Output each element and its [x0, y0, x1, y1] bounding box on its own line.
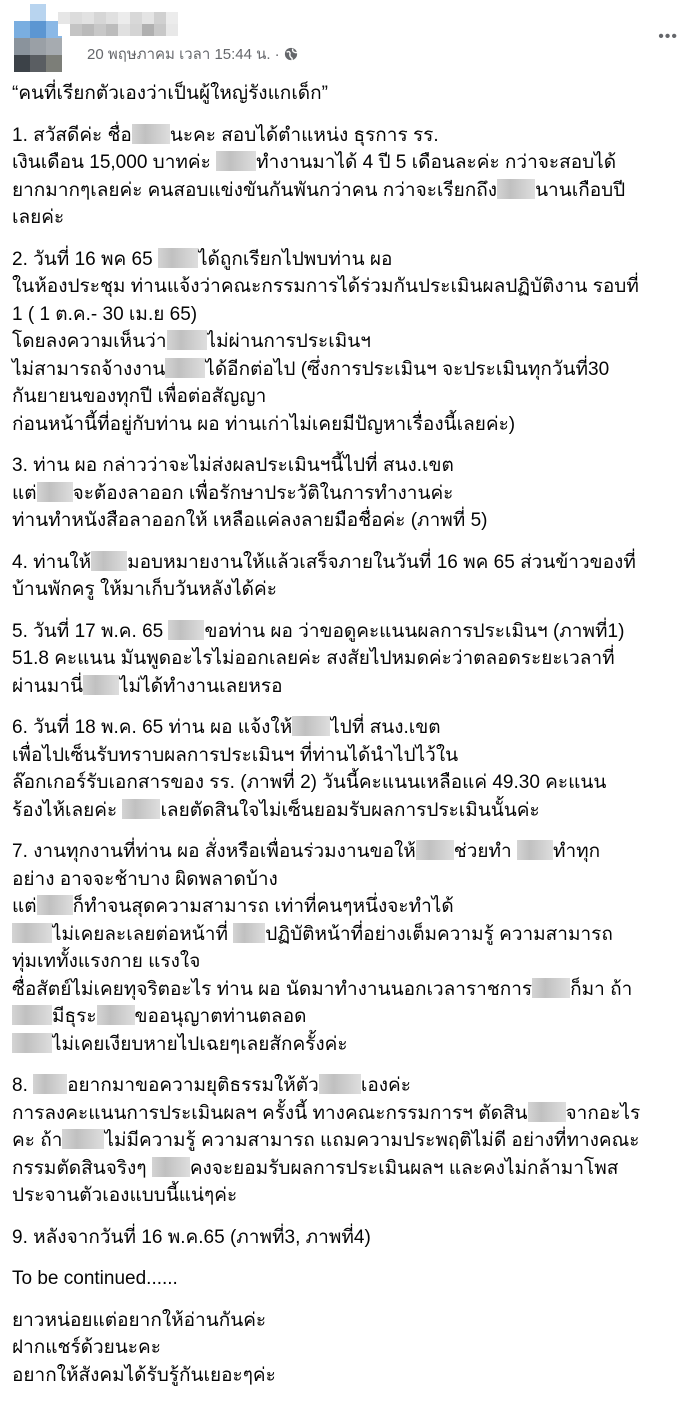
text-segment: นะคะ สอบได้ตำแหน่ง ธุรการ รร.	[170, 125, 439, 146]
text-line: กรรมตัดสินจริงๆ คงจะยอมรับผลการประเมินผล…	[12, 1155, 688, 1183]
text-segment: คะ ถ้า	[12, 1130, 62, 1151]
text-line: 1. สวัสดีค่ะ ชื่อนะคะ สอบได้ตำแหน่ง ธุรก…	[12, 122, 688, 150]
redacted-name-blur	[216, 151, 256, 171]
redacted-name-blur	[83, 675, 119, 695]
text-line: ในห้องประชุม ท่านแจ้งว่าคณะกรรมการได้ร่ว…	[12, 273, 688, 301]
text-segment: ไม่มีความรู้ ความสามารถ แถมความประพฤติไม…	[104, 1130, 639, 1151]
redacted-name-blur	[233, 923, 265, 943]
text-segment: ไปที่ สนง.เขต	[330, 717, 440, 738]
name-blur-pixel	[58, 12, 70, 24]
text-line: 2. วันที่ 16 พค 65 ได้ถูกเรียกไปพบท่าน ผ…	[12, 246, 688, 274]
name-blur-pixel	[82, 24, 94, 36]
text-line: 3. ท่าน ผอ กล่าวว่าจะไม่ส่งผลประเมินฯนี้…	[12, 452, 688, 480]
redacted-name-blur	[165, 358, 205, 378]
redacted-name-blur	[12, 923, 52, 943]
text-segment: 8.	[12, 1075, 33, 1096]
redacted-name-blur	[152, 1157, 190, 1177]
text-line: ซื่อสัตย์ไม่เคยทุจริตอะไร ท่าน ผอ นัดมาท…	[12, 976, 688, 1004]
text-segment: ไม่สามารถจ้างงาน	[12, 359, 165, 380]
text-line: แต่ก็ทำจนสุดความสามารถ เท่าที่คนๆหนึ่งจะ…	[12, 893, 688, 921]
text-segment: ขออนุญาตท่านตลอด	[135, 1006, 307, 1027]
text-segment: 6. วันที่ 18 พ.ค. 65 ท่าน ผอ แจ้งให้	[12, 717, 292, 738]
text-segment: เองค่ะ	[361, 1075, 411, 1096]
text-segment: แต่	[12, 483, 37, 504]
text-segment: ไม่เคยเงียบหายไปเฉยๆเลยสักครั้งค่ะ	[52, 1034, 348, 1055]
name-blur-pixel	[130, 12, 142, 24]
text-segment: ก็ทำจนสุดความสามารถ เท่าที่คนๆหนึ่งจะทำไ…	[73, 896, 454, 917]
redacted-name-blur	[12, 1005, 52, 1025]
text-line: กันยายนของทุกปี เพื่อต่อสัญญา	[12, 383, 688, 411]
text-segment: มอบหมายงานให้แล้วเสร็จภายในวันที่ 16 พค …	[127, 552, 636, 573]
avatar-pixel	[14, 21, 30, 38]
paragraph-3: 3. ท่าน ผอ กล่าวว่าจะไม่ส่งผลประเมินฯนี้…	[12, 452, 688, 535]
redacted-name-blur	[497, 179, 535, 199]
name-blur-pixel	[94, 24, 106, 36]
text-segment: ช่วยทำ	[454, 841, 517, 862]
author-name[interactable]	[58, 12, 178, 36]
text-line: แต่จะต้องลาออก เพื่อรักษาประวัติในการทำง…	[12, 480, 688, 508]
redacted-name-blur	[97, 1005, 135, 1025]
post-title: “คนที่เรียกตัวเองว่าเป็นผู้ใหญ่รังแกเด็ก…	[12, 80, 688, 108]
redacted-name-blur	[168, 620, 204, 640]
text-line: ประจานตัวเองแบบนี้แน่ๆค่ะ	[12, 1182, 688, 1210]
name-blur-pixel	[166, 24, 178, 36]
text-line: การลงคะแนนการประเมินผลฯ ครั้งนี้ ทางคณะก…	[12, 1100, 688, 1128]
text-segment: 4. ท่านให้	[12, 552, 91, 573]
text-line: อย่าง อาจจะช้าบาง ผิดพลาดบ้าง	[12, 866, 688, 894]
text-segment: เงินเดือน 15,000 บาทค่ะ	[12, 152, 216, 173]
redacted-name-blur	[37, 895, 73, 915]
name-blur-pixel	[106, 12, 118, 24]
redacted-name-blur	[528, 1102, 566, 1122]
text-segment: ไม่ได้ทำงานเลยหรอ	[119, 676, 283, 697]
text-line: ก่อนหน้านี้ที่อยู่กับท่าน ผอ ท่านเก่าไม่…	[12, 411, 688, 439]
text-segment: จะต้องลาออก เพื่อรักษาประวัติในการทำงานค…	[73, 483, 454, 504]
avatar-pixel	[30, 38, 46, 55]
text-line: โดยลงความเห็นว่าไม่ผ่านการประเมินฯ	[12, 328, 688, 356]
text-segment: ก็มา ถ้า	[570, 979, 632, 1000]
text-line: เงินเดือน 15,000 บาทค่ะ ทำงานมาได้ 4 ปี …	[12, 149, 688, 177]
redacted-name-blur	[517, 840, 553, 860]
name-blur-pixel	[142, 12, 154, 24]
redacted-name-blur	[292, 716, 330, 736]
redacted-name-blur	[91, 551, 127, 571]
name-blur-pixel	[94, 12, 106, 24]
name-blur-pixel	[118, 24, 130, 36]
name-blur-pixel	[154, 12, 166, 24]
redacted-name-blur	[158, 248, 198, 268]
avatar-pixel	[14, 38, 30, 55]
text-segment: ยากมากๆเลยค่ะ คนสอบแข่งขันกันพันกว่าคน ก…	[12, 180, 497, 201]
redacted-name-blur	[37, 482, 73, 502]
paragraph-4: 4. ท่านให้มอบหมายงานให้แล้วเสร็จภายในวัน…	[12, 549, 688, 604]
text-segment: ทำทุก	[553, 841, 600, 862]
name-blur-pixel	[70, 12, 82, 24]
text-segment: โดยลงความเห็นว่า	[12, 331, 167, 352]
name-blur-pixel	[70, 24, 82, 36]
name-blur-pixel	[142, 24, 154, 36]
text-segment: ขอท่าน ผอ ว่าขอดูคะแนนผลการประเมินฯ (ภาพ…	[204, 621, 624, 642]
text-line: 4. ท่านให้มอบหมายงานให้แล้วเสร็จภายในวัน…	[12, 549, 688, 577]
text-segment: ร้องไห้เลยค่ะ	[12, 800, 122, 821]
redacted-name-blur	[532, 978, 570, 998]
text-segment: เลยตัดสินใจไม่เซ็นยอมรับผลการประเมินนั้น…	[160, 800, 539, 821]
paragraph-8: 8. อยากมาขอความยุติธรรมให้ตัวเองค่ะ การล…	[12, 1072, 688, 1210]
text-line: คะ ถ้าไม่มีความรู้ ความสามารถ แถมความประ…	[12, 1127, 688, 1155]
text-line: ยากมากๆเลยค่ะ คนสอบแข่งขันกันพันกว่าคน ก…	[12, 177, 688, 205]
text-segment: การลงคะแนนการประเมินผลฯ ครั้งนี้ ทางคณะก…	[12, 1103, 528, 1124]
text-line: ล๊อกเกอร์รับเอกสารของ รร. (ภาพที่ 2) วัน…	[12, 769, 688, 797]
text-segment: 1. สวัสดีค่ะ ชื่อ	[12, 125, 132, 146]
paragraph-6: 6. วันที่ 18 พ.ค. 65 ท่าน ผอ แจ้งให้ไปที…	[12, 714, 688, 824]
globe-icon[interactable]	[284, 47, 298, 61]
text-line: ไม่เคยเงียบหายไปเฉยๆเลยสักครั้งค่ะ	[12, 1031, 688, 1059]
text-segment: อยากมาขอความยุติธรรมให้ตัว	[67, 1075, 319, 1096]
text-line: เพื่อไปเซ็นรับทราบผลการประเมินฯ ที่ท่านไ…	[12, 742, 688, 770]
post-body: “คนที่เรียกตัวเองว่าเป็นผู้ใหญ่รังแกเด็ก…	[12, 80, 688, 1402]
text-segment: กรรมตัดสินจริงๆ	[12, 1158, 152, 1179]
text-line: ร้องไห้เลยค่ะ เลยตัดสินใจไม่เซ็นยอมรับผล…	[12, 797, 688, 825]
redacted-name-blur	[167, 330, 207, 350]
text-segment: ได้อีกต่อไป (ซึ่งการประเมินฯ จะประเมินทุ…	[205, 359, 609, 380]
post-timestamp[interactable]: 20 พฤษภาคม เวลา 15:44 น.	[87, 42, 271, 66]
paragraph-2: 2. วันที่ 16 พค 65 ได้ถูกเรียกไปพบท่าน ผ…	[12, 246, 688, 439]
text-segment: คงจะยอมรับผลการประเมินผลฯ และคงไม่กล้ามา…	[190, 1158, 619, 1179]
text-line: ทุ่มเททั้งแรงกาย แรงใจ	[12, 948, 688, 976]
text-segment: ซื่อสัตย์ไม่เคยทุจริตอะไร ท่าน ผอ นัดมาท…	[12, 979, 532, 1000]
text-segment: 5. วันที่ 17 พ.ค. 65	[12, 621, 168, 642]
text-segment: 2. วันที่ 16 พค 65	[12, 249, 158, 270]
text-line: มีธุระขออนุญาตท่านตลอด	[12, 1003, 688, 1031]
name-blur-pixel	[154, 24, 166, 36]
text-line: บ้านพักครู ให้มาเก็บวันหลังได้ค่ะ	[12, 576, 688, 604]
closing-paragraph: ยาวหน่อยแต่อยากให้อ่านกันค่ะ ฝากแชร์ด้วย…	[12, 1307, 688, 1390]
redacted-name-blur	[62, 1129, 104, 1149]
text-line: เลยค่ะ	[12, 204, 688, 232]
redacted-name-blur	[319, 1074, 361, 1094]
text-segment: ไม่เคยละเลยต่อหน้าที่	[52, 924, 233, 945]
name-blur-pixel	[58, 24, 70, 36]
text-segment: จากอะไร	[566, 1103, 641, 1124]
text-line: ไม่สามารถจ้างงานได้อีกต่อไป (ซึ่งการประเ…	[12, 356, 688, 384]
avatar-pixel	[46, 55, 62, 72]
paragraph-5: 5. วันที่ 17 พ.ค. 65 ขอท่าน ผอ ว่าขอดูคะ…	[12, 618, 688, 701]
redacted-name-blur	[416, 840, 454, 860]
text-line: ไม่เคยละเลยต่อหน้าที่ ปฏิบัติหน้าที่อย่า…	[12, 921, 688, 949]
text-line: 9. หลังจากวันที่ 16 พ.ค.65 (ภาพที่3, ภาพ…	[12, 1224, 688, 1252]
paragraph-1: 1. สวัสดีค่ะ ชื่อนะคะ สอบได้ตำแหน่ง ธุรก…	[12, 122, 688, 232]
avatar-pixel	[30, 55, 46, 72]
text-segment: ปฏิบัติหน้าที่อย่างเต็มความรู้ ความสามาร…	[265, 924, 613, 945]
redacted-name-blur	[132, 124, 170, 144]
name-blur-pixel	[82, 12, 94, 24]
name-blur-pixel	[106, 24, 118, 36]
avatar-pixel	[14, 55, 30, 72]
text-line: To be continued......	[12, 1265, 688, 1293]
text-segment: มีธุระ	[52, 1006, 97, 1027]
name-blur-pixel	[130, 24, 142, 36]
text-segment: ผ่านมานี่	[12, 676, 83, 697]
text-line: ยาวหน่อยแต่อยากให้อ่านกันค่ะ	[12, 1307, 688, 1335]
text-segment: นานเกือบปี	[535, 180, 625, 201]
avatar[interactable]	[14, 4, 62, 72]
text-segment: ไม่ผ่านการประเมินฯ	[207, 331, 371, 352]
avatar-pixel	[14, 4, 30, 21]
redacted-name-blur	[12, 1033, 52, 1053]
redacted-name-blur	[122, 799, 160, 819]
text-line: 51.8 คะแนน มันพูดอะไรไม่ออกเลยค่ะ สงสัยไ…	[12, 645, 688, 673]
paragraph-7: 7. งานทุกงานที่ท่าน ผอ สั่งหรือเพื่อนร่ว…	[12, 838, 688, 1058]
text-line: 6. วันที่ 18 พ.ค. 65 ท่าน ผอ แจ้งให้ไปที…	[12, 714, 688, 742]
post-header: 20 พฤษภาคม เวลา 15:44 น. · •••	[0, 0, 700, 75]
paragraph-9: 9. หลังจากวันที่ 16 พ.ค.65 (ภาพที่3, ภาพ…	[12, 1224, 688, 1252]
text-line: 1 ( 1 ต.ค.- 30 เม.ย 65)	[12, 301, 688, 329]
to-be-continued: To be continued......	[12, 1265, 688, 1293]
meta-separator: ·	[275, 46, 280, 63]
more-options-button[interactable]: •••	[658, 28, 678, 46]
avatar-pixel	[30, 4, 46, 21]
text-line: ท่านทำหนังสือลาออกให้ เหลือแค่ลงลายมือชื…	[12, 507, 688, 535]
text-segment: ได้ถูกเรียกไปพบท่าน ผอ	[198, 249, 392, 270]
text-line: ผ่านมานี่ไม่ได้ทำงานเลยหรอ	[12, 673, 688, 701]
post-meta: 20 พฤษภาคม เวลา 15:44 น. ·	[87, 42, 298, 66]
text-segment: แต่	[12, 896, 37, 917]
name-blur-pixel	[118, 12, 130, 24]
text-line: ฝากแชร์ด้วยนะคะ	[12, 1334, 688, 1362]
text-line: 8. อยากมาขอความยุติธรรมให้ตัวเองค่ะ	[12, 1072, 688, 1100]
text-line: 7. งานทุกงานที่ท่าน ผอ สั่งหรือเพื่อนร่ว…	[12, 838, 688, 866]
text-line: อยากให้สังคมได้รับรู้กันเยอะๆค่ะ	[12, 1362, 688, 1390]
text-line: “คนที่เรียกตัวเองว่าเป็นผู้ใหญ่รังแกเด็ก…	[12, 80, 688, 108]
text-segment: 7. งานทุกงานที่ท่าน ผอ สั่งหรือเพื่อนร่ว…	[12, 841, 416, 862]
avatar-pixel	[30, 21, 46, 38]
redacted-name-blur	[33, 1074, 67, 1094]
text-segment: ทำงานมาได้ 4 ปี 5 เดือนละค่ะ กว่าจะสอบได…	[256, 152, 616, 173]
avatar-pixel	[46, 38, 62, 55]
text-line: 5. วันที่ 17 พ.ค. 65 ขอท่าน ผอ ว่าขอดูคะ…	[12, 618, 688, 646]
name-blur-pixel	[166, 12, 178, 24]
